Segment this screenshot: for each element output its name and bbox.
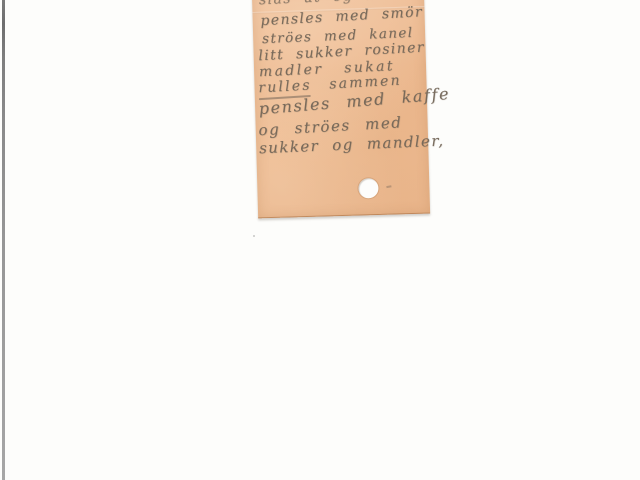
scan-speck — [253, 235, 255, 237]
punched-hole — [358, 178, 379, 199]
pencil-stray-mark — [386, 185, 391, 187]
recipe-card: slås ut og … pensles med smör ströes med… — [252, 0, 430, 218]
scanner-edge-strip — [2, 0, 5, 480]
scanned-page: slås ut og … pensles med smör ströes med… — [0, 0, 640, 480]
